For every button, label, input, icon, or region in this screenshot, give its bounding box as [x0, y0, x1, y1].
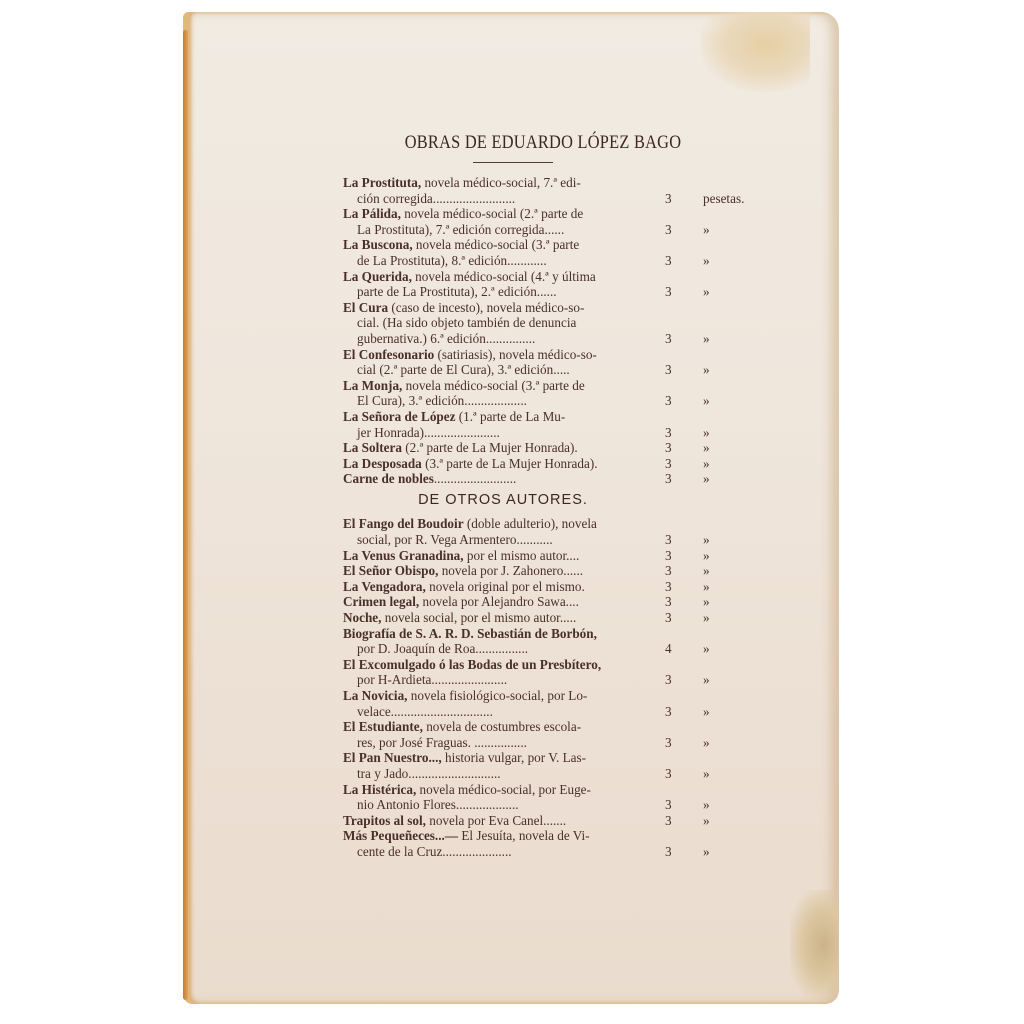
price: 3 — [665, 579, 672, 595]
price: 3 — [665, 594, 672, 610]
entry-description: (2.ª parte de La Mujer Honrada). — [402, 440, 578, 455]
catalog-entry: La Histérica, novela médico-social, por … — [343, 782, 763, 813]
entry-line: tra y Jado............................3» — [343, 766, 763, 782]
entry-line: La Vengadora, novela original por el mis… — [343, 579, 763, 595]
entry-description: El Jesuíta, novela de Vi- — [458, 828, 590, 843]
entry-line: El Pan Nuestro..., historia vulgar, por … — [343, 750, 763, 766]
catalog-entry: La Querida, novela médico-social (4.ª y … — [343, 269, 763, 300]
book-title: La Soltera — [343, 440, 402, 455]
entry-description: por H-Ardieta....................... — [357, 672, 507, 687]
entry-line: social, por R. Vega Armentero...........… — [343, 532, 763, 548]
entry-line: nio Antonio Flores...................3» — [343, 797, 763, 813]
book-title: Crimen legal, — [343, 594, 419, 609]
entry-description: novela médico-social, por Euge- — [416, 782, 591, 797]
price-unit: » — [703, 610, 710, 626]
entry-description: El Cura), 3.ª edición................... — [357, 393, 527, 408]
entry-line: La Señora de López (1.ª parte de La Mu- — [343, 409, 763, 425]
book-title: Trapitos al sol, — [343, 813, 426, 828]
price: 3 — [665, 766, 672, 782]
entry-line: Carne de nobles.........................… — [343, 471, 763, 487]
entry-description: cial. (Ha sido objeto también de denunci… — [357, 315, 576, 330]
entry-line: res, por José Fraguas. ................3… — [343, 735, 763, 751]
catalog: OBRAS DE EDUARDO LÓPEZ BAGO La Prostitut… — [343, 128, 763, 860]
price: 3 — [665, 393, 672, 409]
worn-edge — [790, 890, 838, 1000]
price-unit: » — [703, 331, 710, 347]
entry-line: La Prostituta), 7.ª edición corregida...… — [343, 222, 763, 238]
entry-description: por D. Joaquín de Roa................ — [357, 641, 528, 656]
price: 3 — [665, 284, 672, 300]
price-unit: » — [703, 844, 710, 860]
entry-description: novela por J. Zahonero...... — [438, 563, 583, 578]
entry-description: (1.ª parte de La Mu- — [455, 409, 565, 424]
entry-line: La Querida, novela médico-social (4.ª y … — [343, 269, 763, 285]
price: 3 — [665, 331, 672, 347]
catalog-entry: La Venus Granadina, por el mismo autor..… — [343, 548, 763, 564]
price-unit: » — [703, 222, 710, 238]
entry-line: gubernativa.) 6.ª edición...............… — [343, 331, 763, 347]
entry-description: novela de costumbres escola- — [423, 719, 581, 734]
entry-description: (satiriasis), novela médico-so- — [434, 347, 597, 362]
entry-line: El Confesonario (satiriasis), novela méd… — [343, 347, 763, 363]
entry-line: La Soltera (2.ª parte de La Mujer Honrad… — [343, 440, 763, 456]
price-unit: » — [703, 284, 710, 300]
price-unit: » — [703, 797, 710, 813]
entry-line: cial. (Ha sido objeto también de denunci… — [343, 315, 763, 331]
catalog-entry: El Cura (caso de incesto), novela médico… — [343, 300, 763, 347]
price: 4 — [665, 641, 672, 657]
price: 3 — [665, 191, 672, 207]
entry-description: (doble adulterio), novela — [464, 516, 597, 531]
catalog-entry: Carne de nobles.........................… — [343, 471, 763, 487]
entry-description: parte de La Prostituta), 2.ª edición....… — [357, 284, 557, 299]
catalog-entry: El Confesonario (satiriasis), novela méd… — [343, 347, 763, 378]
entry-description: social, por R. Vega Armentero........... — [357, 532, 553, 547]
entry-description: novela original por el mismo. — [426, 579, 585, 594]
book-title: La Monja, — [343, 378, 402, 393]
entry-line: La Venus Granadina, por el mismo autor..… — [343, 548, 763, 564]
price-unit: » — [703, 425, 710, 441]
book-title: La Señora de López — [343, 409, 455, 424]
entry-line: La Prostituta, novela médico-social, 7.ª… — [343, 175, 763, 191]
price-unit: » — [703, 471, 710, 487]
catalog-entry: La Soltera (2.ª parte de La Mujer Honrad… — [343, 440, 763, 456]
entry-description: novela médico-social, 7.ª edi- — [421, 175, 581, 190]
entry-line: por D. Joaquín de Roa................4» — [343, 641, 763, 657]
book-title: La Histérica, — [343, 782, 416, 797]
entry-line: La Desposada (3.ª parte de La Mujer Honr… — [343, 456, 763, 472]
entry-line: La Histérica, novela médico-social, por … — [343, 782, 763, 798]
entry-description: por el mismo autor.... — [464, 548, 580, 563]
catalog-entry: La Monja, novela médico-social (3.ª part… — [343, 378, 763, 409]
catalog-entry: El Señor Obispo, novela por J. Zahonero.… — [343, 563, 763, 579]
entry-line: Biografía de S. A. R. D. Sebastián de Bo… — [343, 626, 763, 642]
price: 3 — [665, 844, 672, 860]
book-title: Carne de nobles — [343, 471, 434, 486]
catalog-entry: La Señora de López (1.ª parte de La Mu-j… — [343, 409, 763, 440]
book-title: El Fango del Boudoir — [343, 516, 464, 531]
entry-description: (3.ª parte de La Mujer Honrada). — [422, 456, 598, 471]
price: 3 — [665, 735, 672, 751]
price-unit: » — [703, 362, 710, 378]
price: 3 — [665, 672, 672, 688]
entry-line: La Novicia, novela fisiológico-social, p… — [343, 688, 763, 704]
entry-line: El Estudiante, novela de costumbres esco… — [343, 719, 763, 735]
entry-line: El Cura), 3.ª edición...................… — [343, 393, 763, 409]
price-unit: » — [703, 548, 710, 564]
catalog-entry: La Novicia, novela fisiológico-social, p… — [343, 688, 763, 719]
price-unit: » — [703, 704, 710, 720]
entry-description: novela médico-social (3.ª parte — [413, 237, 580, 252]
price: 3 — [665, 704, 672, 720]
book-title: La Pálida, — [343, 206, 401, 221]
book-title: Biografía de S. A. R. D. Sebastián de Bo… — [343, 626, 597, 641]
entry-line: cente de la Cruz.....................3» — [343, 844, 763, 860]
price-unit: » — [703, 641, 710, 657]
entry-description: novela social, por el mismo autor..... — [381, 610, 576, 625]
book-title: El Confesonario — [343, 347, 434, 362]
catalog-entry: La Desposada (3.ª parte de La Mujer Honr… — [343, 456, 763, 472]
other-authors-list: El Fango del Boudoir (doble adulterio), … — [343, 516, 763, 859]
book-title: El Excomulgado ó las Bodas de un Presbít… — [343, 657, 601, 672]
book-title: Noche, — [343, 610, 381, 625]
price-unit: » — [703, 813, 710, 829]
price: 3 — [665, 563, 672, 579]
entry-line: Trapitos al sol, novela por Eva Canel...… — [343, 813, 763, 829]
price: 3 — [665, 610, 672, 626]
catalog-entry: El Excomulgado ó las Bodas de un Presbít… — [343, 657, 763, 688]
entry-line: El Cura (caso de incesto), novela médico… — [343, 300, 763, 316]
entry-description: cente de la Cruz..................... — [357, 844, 512, 859]
entry-description: cial (2.ª parte de El Cura), 3.ª edición… — [357, 362, 570, 377]
entry-line: ción corregida.........................3… — [343, 191, 763, 207]
price-unit: » — [703, 393, 710, 409]
entry-description: gubernativa.) 6.ª edición............... — [357, 331, 535, 346]
price-unit: » — [703, 440, 710, 456]
price: 3 — [665, 471, 672, 487]
entry-line: parte de La Prostituta), 2.ª edición....… — [343, 284, 763, 300]
price-unit: » — [703, 563, 710, 579]
catalog-entry: Noche, novela social, por el mismo autor… — [343, 610, 763, 626]
page-edge — [183, 30, 188, 1000]
entry-description: La Prostituta), 7.ª edición corregida...… — [357, 222, 564, 237]
entry-line: El Excomulgado ó las Bodas de un Presbít… — [343, 657, 763, 673]
book-title: El Señor Obispo, — [343, 563, 438, 578]
entry-description: nio Antonio Flores................... — [357, 797, 519, 812]
title-rule — [473, 162, 553, 163]
price-unit: » — [703, 532, 710, 548]
book-title: La Prostituta, — [343, 175, 421, 190]
price-unit: » — [703, 253, 710, 269]
price: 3 — [665, 253, 672, 269]
entry-line: La Buscona, novela médico-social (3.ª pa… — [343, 237, 763, 253]
price: 3 — [665, 222, 672, 238]
book-title: El Estudiante, — [343, 719, 423, 734]
book-title: La Desposada — [343, 456, 422, 471]
entry-line: La Monja, novela médico-social (3.ª part… — [343, 378, 763, 394]
price-unit: » — [703, 735, 710, 751]
entry-line: El Señor Obispo, novela por J. Zahonero.… — [343, 563, 763, 579]
price: 3 — [665, 440, 672, 456]
book-title: La Buscona, — [343, 237, 413, 252]
price: 3 — [665, 548, 672, 564]
price: 3 — [665, 797, 672, 813]
entry-description: jer Honrada)....................... — [357, 425, 500, 440]
entry-description: novela médico-social (4.ª y última — [412, 269, 596, 284]
book-title: La Querida, — [343, 269, 412, 284]
catalog-entry: Más Pequeñeces...— El Jesuíta, novela de… — [343, 828, 763, 859]
price-unit: » — [703, 579, 710, 595]
entry-line: cial (2.ª parte de El Cura), 3.ª edición… — [343, 362, 763, 378]
entry-description: res, por José Fraguas. ................ — [357, 735, 527, 750]
entry-line: Más Pequeñeces...— El Jesuíta, novela de… — [343, 828, 763, 844]
entry-line: Noche, novela social, por el mismo autor… — [343, 610, 763, 626]
lopez-bago-list: La Prostituta, novela médico-social, 7.ª… — [343, 175, 763, 487]
book-title: El Cura — [343, 300, 388, 315]
entry-line: El Fango del Boudoir (doble adulterio), … — [343, 516, 763, 532]
catalog-entry: La Prostituta, novela médico-social, 7.ª… — [343, 175, 763, 206]
entry-line: Crimen legal, novela por Alejandro Sawa.… — [343, 594, 763, 610]
entry-description: (caso de incesto), novela médico-so- — [388, 300, 584, 315]
price-unit: » — [703, 594, 710, 610]
price-unit: » — [703, 672, 710, 688]
catalog-entry: El Estudiante, novela de costumbres esco… — [343, 719, 763, 750]
book-title: La Venus Granadina, — [343, 548, 464, 563]
book-title: El Pan Nuestro..., — [343, 750, 442, 765]
entry-description: tra y Jado............................ — [357, 766, 501, 781]
entry-description: novela médico-social (3.ª parte de — [402, 378, 584, 393]
entry-line: La Pálida, novela médico-social (2.ª par… — [343, 206, 763, 222]
price: 3 — [665, 813, 672, 829]
catalog-entry: La Pálida, novela médico-social (2.ª par… — [343, 206, 763, 237]
entry-line: de La Prostituta), 8.ª edición..........… — [343, 253, 763, 269]
entry-description: ción corregida......................... — [357, 191, 515, 206]
entry-description: ......................... — [434, 471, 516, 486]
catalog-entry: La Buscona, novela médico-social (3.ª pa… — [343, 237, 763, 268]
entry-description: novela fisiológico-social, por Lo- — [407, 688, 587, 703]
catalog-entry: Biografía de S. A. R. D. Sebastián de Bo… — [343, 626, 763, 657]
price: 3 — [665, 425, 672, 441]
book-title: La Novicia, — [343, 688, 407, 703]
book-title: La Vengadora, — [343, 579, 426, 594]
entry-line: jer Honrada).......................3» — [343, 425, 763, 441]
catalog-entry: Trapitos al sol, novela por Eva Canel...… — [343, 813, 763, 829]
entry-description: novela por Eva Canel....... — [426, 813, 566, 828]
entry-line: velace...............................3» — [343, 704, 763, 720]
entry-description: novela médico-social (2.ª parte de — [401, 206, 583, 221]
price: 3 — [665, 362, 672, 378]
book-title: Más Pequeñeces...— — [343, 828, 458, 843]
price: 3 — [665, 532, 672, 548]
entry-description: novela por Alejandro Sawa.... — [419, 594, 579, 609]
entry-description: velace............................... — [357, 704, 493, 719]
price-unit: » — [703, 456, 710, 472]
section-heading-other-authors: DE OTROS AUTORES. — [343, 493, 763, 509]
price-unit: pesetas. — [703, 191, 744, 207]
catalog-entry: El Pan Nuestro..., historia vulgar, por … — [343, 750, 763, 781]
catalog-entry: Crimen legal, novela por Alejandro Sawa.… — [343, 594, 763, 610]
entry-description: historia vulgar, por V. Las- — [442, 750, 586, 765]
catalog-entry: El Fango del Boudoir (doble adulterio), … — [343, 516, 763, 547]
torn-corner — [700, 12, 810, 92]
catalog-entry: La Vengadora, novela original por el mis… — [343, 579, 763, 595]
price-unit: » — [703, 766, 710, 782]
entry-description: de La Prostituta), 8.ª edición..........… — [357, 253, 547, 268]
page-title: OBRAS DE EDUARDO LÓPEZ BAGO — [345, 128, 741, 158]
entry-line: por H-Ardieta.......................3» — [343, 672, 763, 688]
price: 3 — [665, 456, 672, 472]
